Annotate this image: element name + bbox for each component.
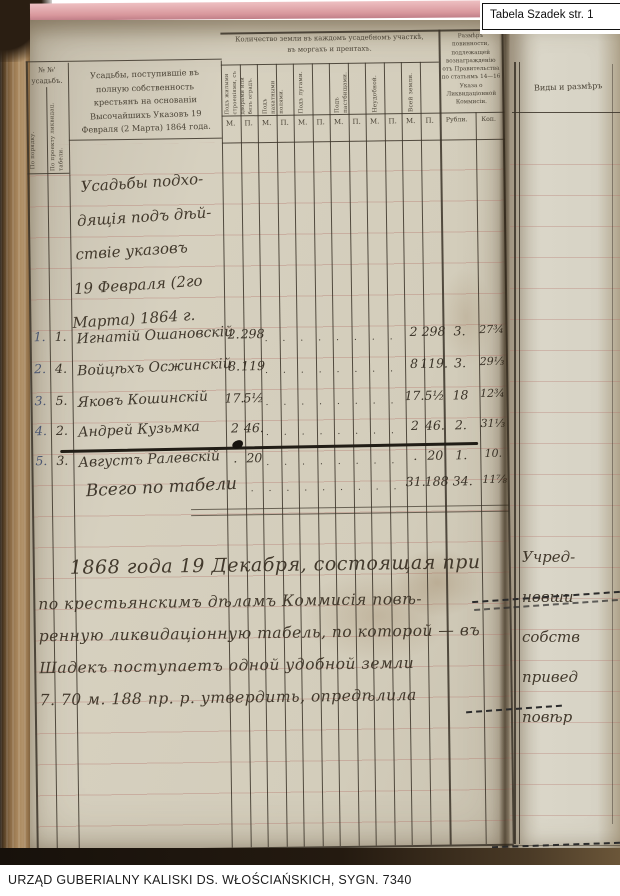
row-project-number: 2.	[56, 423, 68, 438]
row-number: 2.	[34, 361, 46, 376]
table-line	[519, 62, 520, 844]
cell-rubles: 3.	[454, 323, 466, 338]
cell-value: 119.	[420, 356, 448, 371]
right-page: Виды и размѣръ Учред- новши собств приве…	[508, 24, 620, 848]
group-header: Количество земли въ каждомъ усадебномъ у…	[204, 31, 454, 56]
column-header-project: По проекту ликвидац. табели.	[48, 87, 68, 171]
cell-value: 46.	[425, 418, 445, 433]
cell-value: 8	[410, 356, 418, 371]
leader-dots: ........	[266, 456, 412, 468]
cell-value: 17.	[224, 390, 244, 405]
unit-m: М.	[262, 119, 272, 127]
column-header-unusable: Неудобной.	[371, 64, 396, 112]
table-line	[69, 138, 222, 141]
right-page-header: Виды и размѣръ	[534, 80, 620, 92]
cell-value: 298	[422, 324, 446, 339]
row-project-number: 5.	[55, 393, 67, 408]
unit-p: П.	[280, 119, 288, 127]
corner-label: Tabela Szadek str. 1	[482, 3, 620, 30]
cell-rubles: 2.	[455, 417, 467, 432]
cell-value: 20	[246, 450, 262, 465]
row-number: 1.	[34, 329, 46, 344]
unit-m: М.	[370, 117, 380, 125]
cell-rubles: 18	[452, 387, 468, 402]
table-line	[514, 62, 516, 844]
cell-rubles: 3.	[454, 355, 466, 370]
leader-dots: ........	[266, 426, 412, 438]
column-header-buildings: Подъ жилыми строеніями, съ дворами или б…	[224, 66, 256, 114]
unit-m: М.	[226, 119, 236, 127]
cell-value: .	[413, 448, 417, 463]
unit-p: П.	[425, 117, 433, 125]
cell-value: 2	[410, 324, 418, 339]
owner-name: Войцѣхъ Осжинскій	[77, 356, 232, 380]
row-number: 5.	[35, 453, 47, 468]
owner-name: Яковъ Кошинскій	[77, 389, 208, 411]
column-header-order: По порядку.	[28, 89, 46, 169]
leader-dots: ........	[265, 332, 411, 344]
row-project-number: 4.	[55, 361, 67, 376]
cell-value: 46.	[244, 420, 264, 435]
cell-value: 119	[241, 358, 265, 373]
column-header-arable: Подъ пахатными полями.	[261, 66, 290, 114]
owner-name: Августъ Ралевскій	[78, 448, 220, 471]
leader-dots: .........	[251, 482, 403, 494]
cell-value: 5½	[243, 390, 263, 405]
corner-label-text: Tabela Szadek str. 1	[490, 9, 594, 21]
cell-value: 2	[411, 418, 419, 433]
cell-value: 2	[231, 420, 239, 435]
owner-name: Андрей Кузьмка	[78, 419, 201, 441]
caption-bar: URZĄD GUBERIALNY KALISKI DS. WŁOŚCIAŃSKI…	[0, 865, 620, 896]
table-line	[612, 64, 613, 824]
column-header-meadows: Подъ лугами.	[297, 65, 324, 113]
unit-p: П.	[244, 119, 252, 127]
leader-dots: ........	[265, 396, 411, 408]
label-background: Tabela Szadek str. 1	[480, 0, 620, 34]
duty-header: Размѣръ повинности, подлежащей вознаграж…	[440, 32, 501, 107]
page-fold-shadow	[499, 24, 509, 848]
unit-p: П.	[316, 118, 324, 126]
total-morgs: 31.	[406, 474, 426, 489]
handwriting-fragment: Учред-	[522, 548, 575, 566]
handwriting-fragment: собств	[522, 628, 580, 646]
row-number: 3.	[34, 393, 46, 408]
numbers-header: № №' усадьбъ.	[27, 65, 67, 87]
unit-m: М.	[406, 117, 416, 125]
caption-text: URZĄD GUBERIALNY KALISKI DS. WŁOŚCIAŃSKI…	[8, 873, 412, 887]
row-project-number: 1.	[55, 329, 67, 344]
table-line	[26, 59, 222, 63]
ruled-lines	[510, 134, 620, 834]
unit-p: П.	[352, 118, 360, 126]
total-prents: 188	[425, 474, 449, 489]
cell-value: 2.	[228, 326, 240, 341]
unit-rubles: Рубли.	[446, 116, 468, 123]
unit-m: М.	[334, 118, 344, 126]
cell-value: 298	[241, 326, 265, 341]
table-line	[512, 112, 620, 113]
column-header-total-land: Всей земли.	[407, 64, 434, 112]
leader-dots: ........	[265, 364, 411, 376]
total-rubles: 34.	[453, 473, 473, 488]
cell-value: 20	[427, 448, 443, 463]
unit-kopecks: Коп.	[481, 116, 496, 123]
book-bottom-edge	[0, 848, 620, 865]
cell-value: 5½	[424, 388, 444, 403]
column-header-pastures: Подъ пастбищами.	[333, 65, 360, 113]
cell-value: .	[233, 450, 237, 465]
handwriting-fragment: привед	[522, 668, 578, 686]
names-header: Усадьбы, поступившіе въ полную собственн…	[72, 65, 218, 137]
total-label: Всего по табели	[85, 474, 237, 501]
unit-m: М.	[298, 118, 308, 126]
document-page: Количество земли въ каждомъ усадебномъ у…	[30, 20, 510, 848]
row-project-number: 3.	[56, 453, 68, 468]
archive-photo-view: Виды и размѣръ Учред- новши собств приве…	[0, 0, 620, 896]
row-number: 4.	[35, 423, 47, 438]
cell-value: 17.	[404, 388, 424, 403]
handwriting-fragment: повѣр	[522, 708, 572, 726]
cell-rubles: 1.	[455, 447, 467, 462]
table: Количество земли въ каждомъ усадебномъ у…	[24, 17, 516, 852]
unit-p: П.	[388, 117, 396, 125]
cell-value: 8.	[228, 358, 240, 373]
